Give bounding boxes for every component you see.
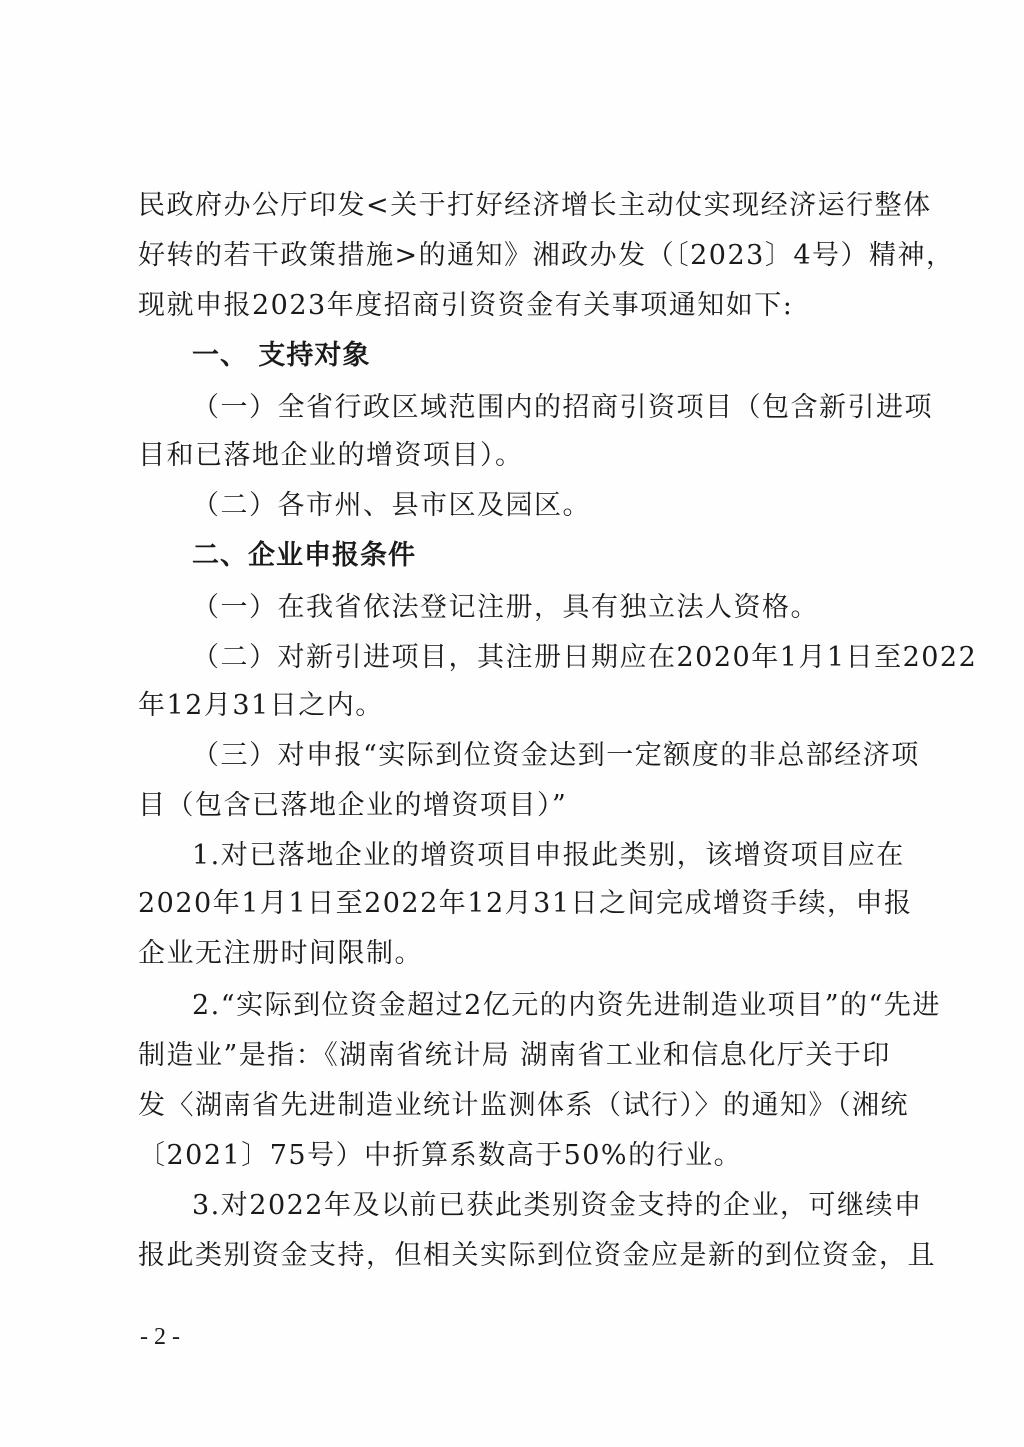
body-text-line: 民政府办公厅印发<关于打好经济增长主动仗实现经济运行整体 [138, 188, 898, 224]
section-heading-support-targets: 一、 支持对象 [192, 338, 952, 374]
body-text-line: 好转的若干政策措施>的通知》湘政办发（〔2023〕4号）精神， [138, 238, 898, 274]
section-heading-application-conditions: 二、企业申报条件 [192, 538, 952, 574]
body-text-line: 年12月31日之内。 [138, 688, 898, 724]
body-text-line: （二）对新引进项目，其注册日期应在2020年1月1日至2022 [192, 640, 952, 676]
body-text-line: 1.对已落地企业的增资项目申报此类别，该增资项目应在 [192, 838, 952, 874]
body-text-line: 目（包含已落地企业的增资项目）” [138, 788, 898, 824]
body-text-line: 〔2021〕75号）中折算系数高于50%的行业。 [138, 1138, 898, 1174]
document-page: 民政府办公厅印发<关于打好经济增长主动仗实现经济运行整体 好转的若干政策措施>的… [0, 0, 1024, 1447]
body-text-line: 2.“实际到位资金超过2亿元的内资先进制造业项目”的“先进 [192, 988, 952, 1024]
body-text-line: 报此类别资金支持，但相关实际到位资金应是新的到位资金，且 [138, 1238, 898, 1274]
body-text-line: 现就申报2023年度招商引资资金有关事项通知如下: [138, 288, 898, 324]
body-text-line: 企业无注册时间限制。 [138, 936, 898, 972]
page-number: - 2 - [140, 1322, 180, 1352]
body-text-line: 制造业”是指：《湖南省统计局 湖南省工业和信息化厅关于印 [138, 1038, 898, 1074]
body-text-line: 目和已落地企业的增资项目）。 [138, 438, 898, 474]
body-text-line: （三）对申报“实际到位资金达到一定额度的非总部经济项 [192, 738, 952, 774]
body-text-line: 2020年1月1日至2022年12月31日之间完成增资手续，申报 [138, 886, 898, 922]
body-text-line: （二）各市州、县市区及园区。 [192, 488, 952, 524]
body-text-line: 3.对2022年及以前已获此类别资金支持的企业，可继续申 [192, 1188, 952, 1224]
body-text-line: （一）在我省依法登记注册，具有独立法人资格。 [192, 590, 952, 626]
body-text-line: （一）全省行政区域范围内的招商引资项目（包含新引进项 [192, 390, 952, 426]
body-text-line: 发〈湖南省先进制造业统计监测体系（试行）〉的通知》（湘统 [138, 1088, 898, 1124]
